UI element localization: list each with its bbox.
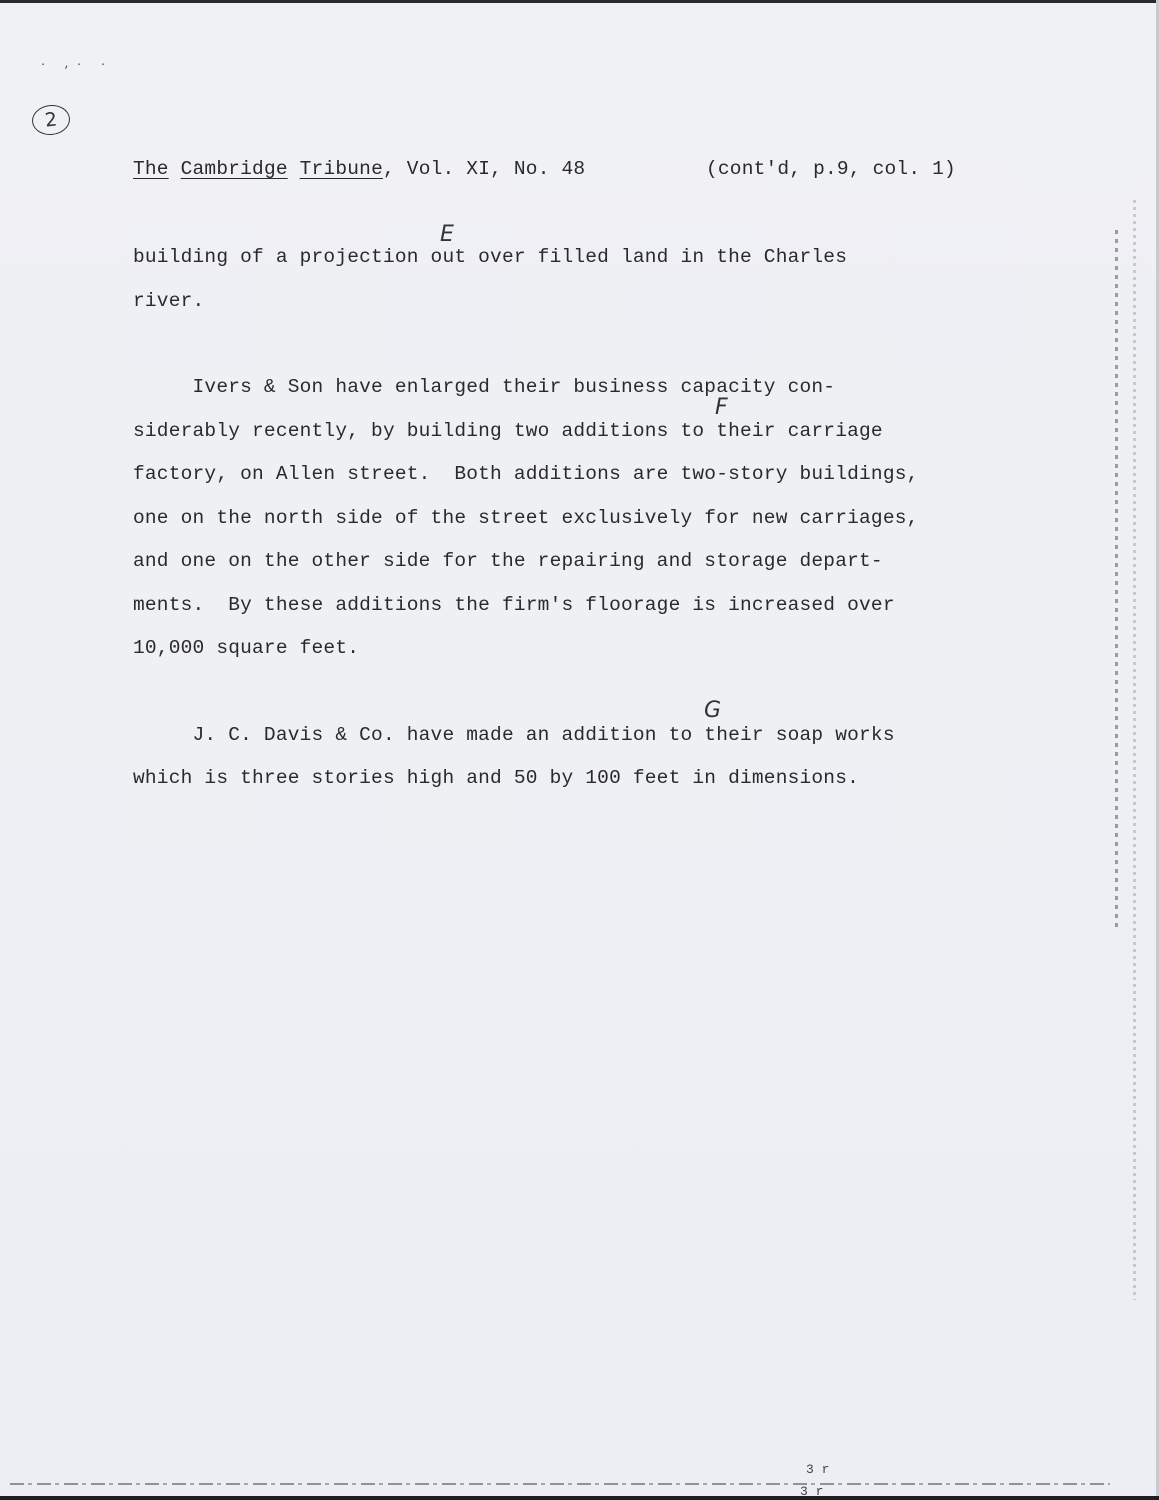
page-number-mark: 2 bbox=[31, 103, 72, 137]
bleed-through-line-2 bbox=[1133, 200, 1136, 1300]
paragraph-2-line-7: 10,000 square feet. bbox=[133, 637, 359, 659]
annotation-f: F bbox=[715, 395, 728, 420]
continuation-note: (cont'd, p.9, col. 1) bbox=[706, 158, 956, 180]
paragraph-2-line-1: Ivers & Son have enlarged their business… bbox=[133, 376, 835, 398]
bottom-rule bbox=[10, 1483, 1110, 1485]
scan-bottom-edge bbox=[0, 1496, 1159, 1500]
ink-specks: · ,· · bbox=[40, 60, 112, 71]
annotation-g: G bbox=[704, 698, 721, 723]
paragraph-2-line-6: ments. By these additions the firm's flo… bbox=[133, 594, 895, 616]
bleed-through-line bbox=[1115, 230, 1118, 930]
scan-top-edge bbox=[0, 0, 1159, 3]
document-page: · ,· · 2 The Cambridge Tribune, Vol. XI,… bbox=[0, 0, 1159, 1500]
paragraph-2-line-5: and one on the other side for the repair… bbox=[133, 550, 883, 572]
publication-word-3: Tribune bbox=[300, 158, 383, 180]
paragraph-3-line-1: J. C. Davis & Co. have made an addition … bbox=[133, 724, 895, 746]
paragraph-2-line-3: factory, on Allen street. Both additions… bbox=[133, 463, 919, 485]
publication-word-2: Cambridge bbox=[181, 158, 288, 180]
volume-number: , Vol. XI, No. 48 bbox=[383, 158, 585, 180]
annotation-e: E bbox=[440, 222, 454, 247]
paragraph-3-line-2: which is three stories high and 50 by 10… bbox=[133, 767, 859, 789]
paragraph-1-line-2: river. bbox=[133, 290, 204, 312]
bottom-mark-2: 3 r bbox=[800, 1484, 823, 1499]
paragraph-2-line-4: one on the north side of the street excl… bbox=[133, 507, 919, 529]
bottom-mark-1: 3 r bbox=[806, 1462, 829, 1477]
publication-word-1: The bbox=[133, 158, 169, 180]
paragraph-2-line-2: siderably recently, by building two addi… bbox=[133, 420, 883, 442]
paragraph-1-line-1: building of a projection out over filled… bbox=[133, 246, 847, 268]
header-citation: The Cambridge Tribune, Vol. XI, No. 48 bbox=[133, 158, 585, 180]
